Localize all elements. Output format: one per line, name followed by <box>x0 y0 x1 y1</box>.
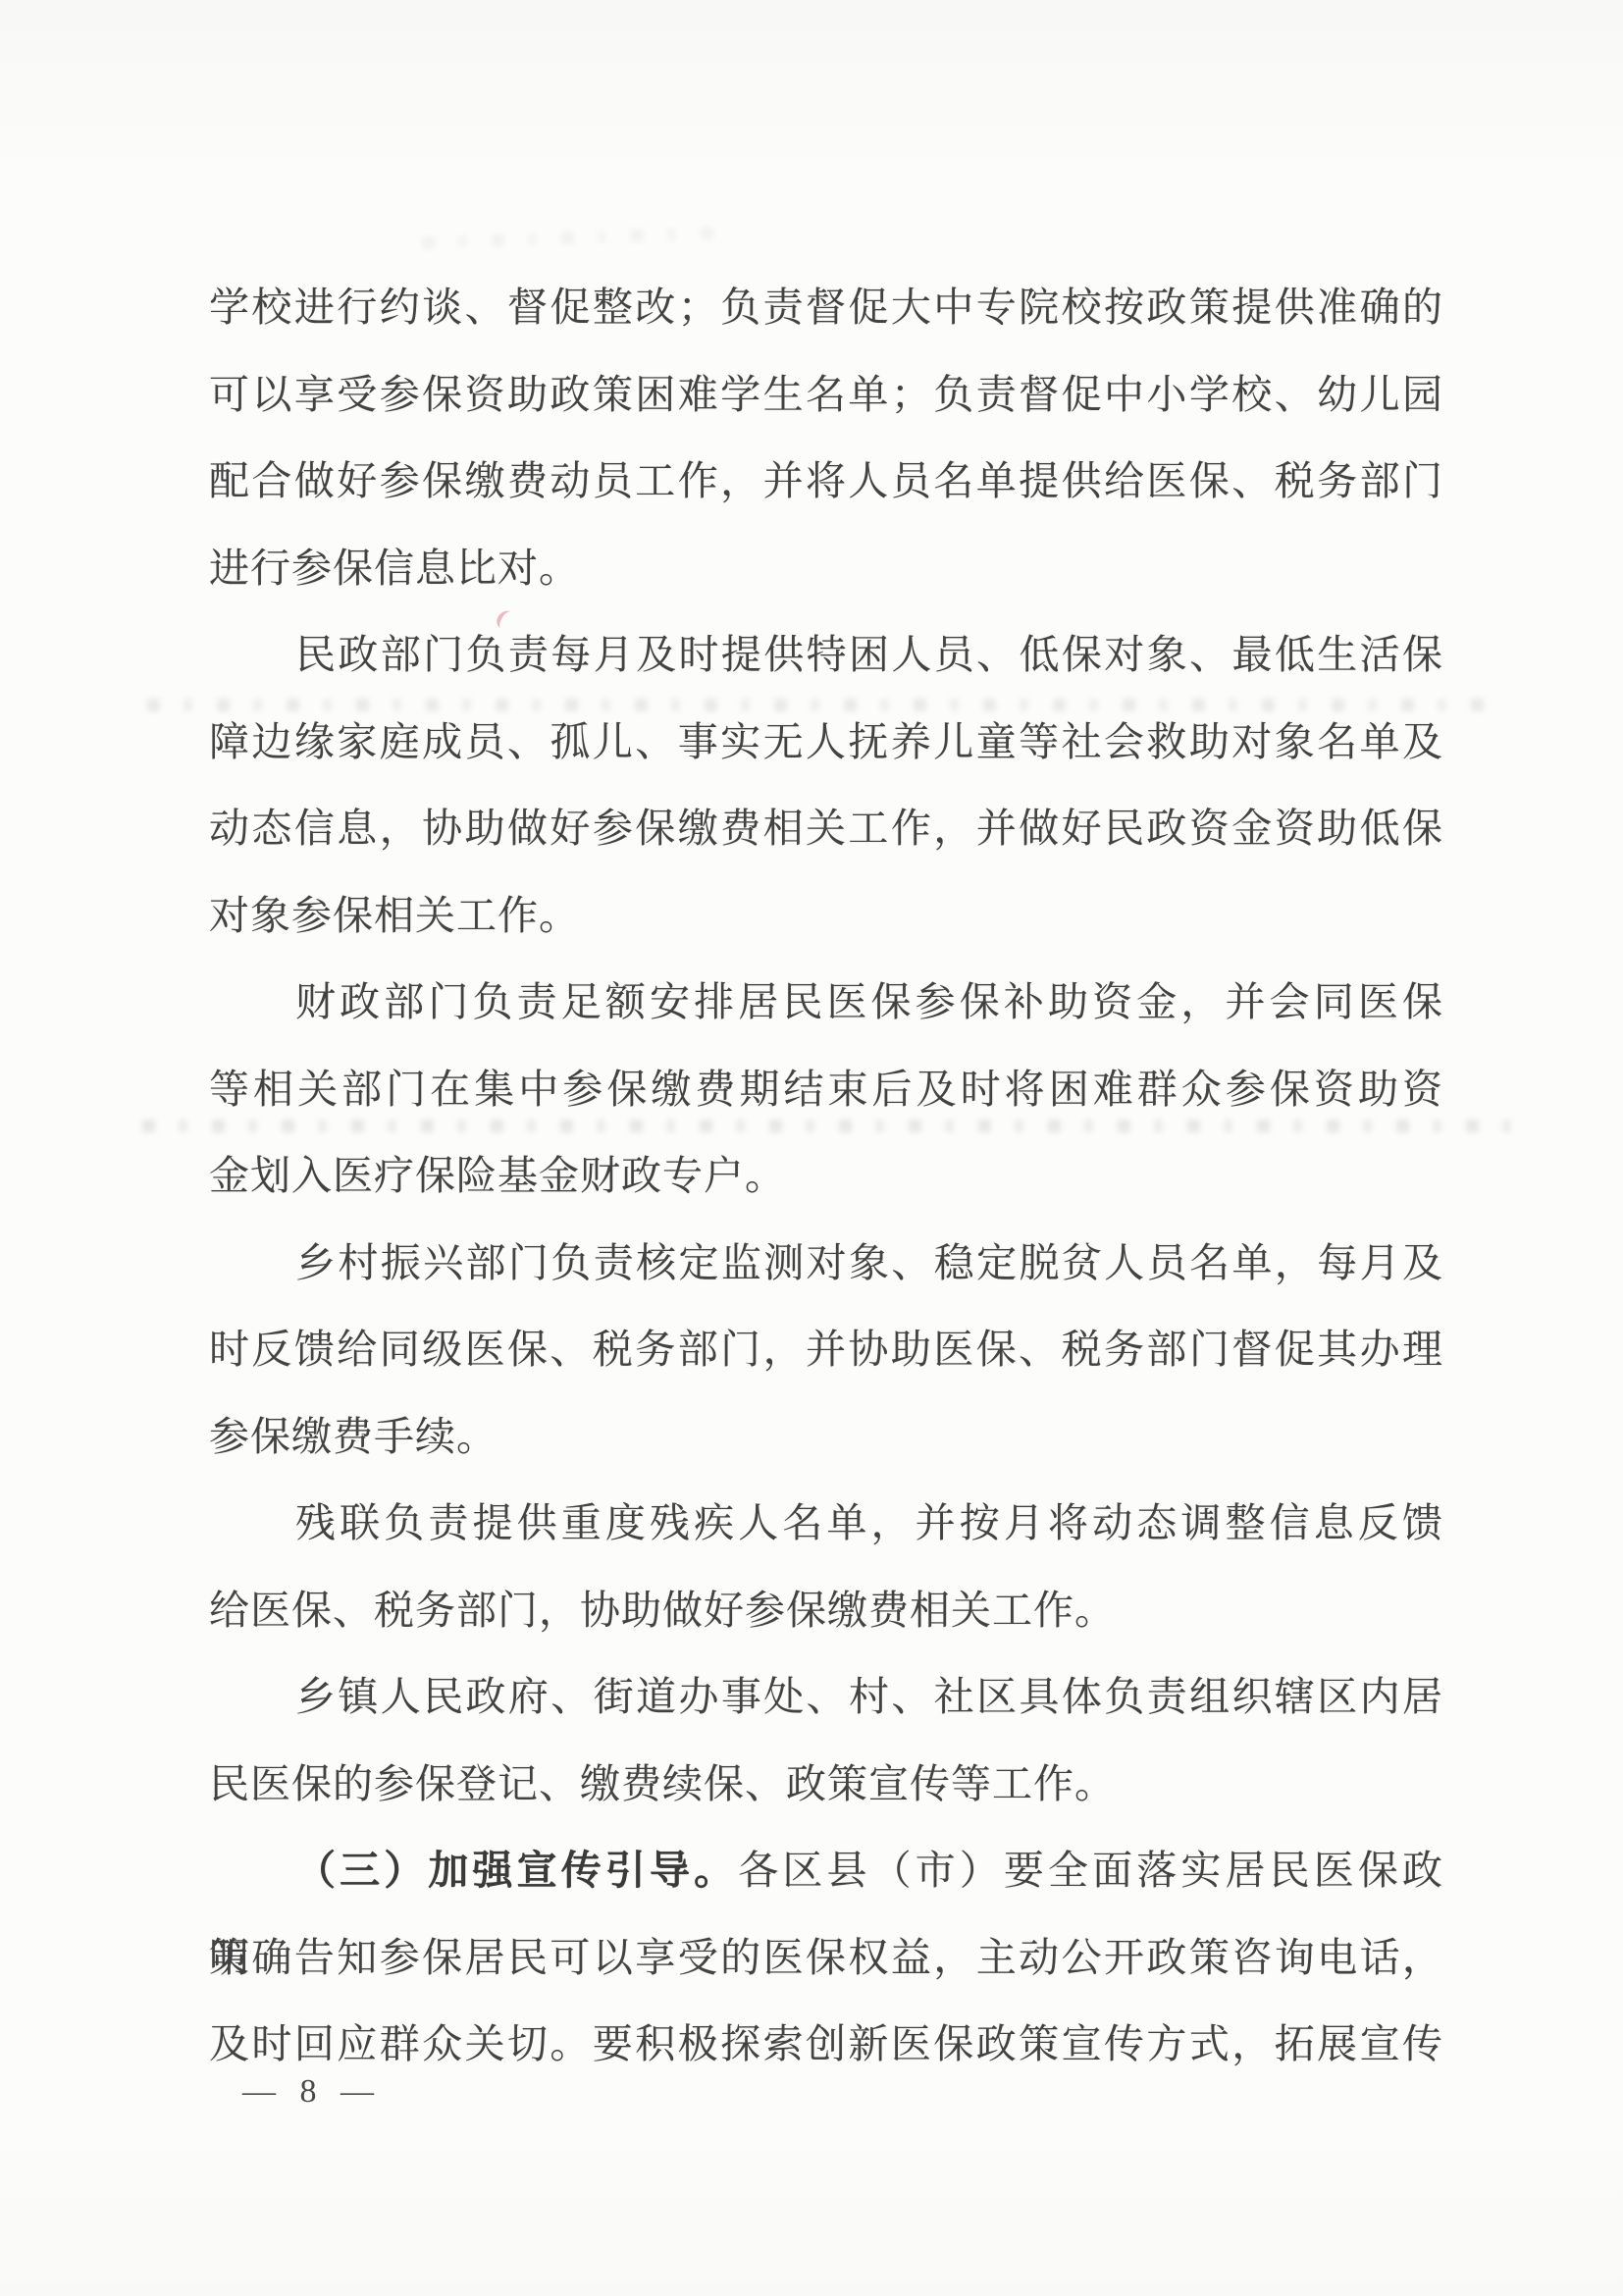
text-line: 给医保、税务部门，协助做好参保缴费相关工作。 <box>209 1567 1443 1654</box>
text-line: 进行参保信息比对。 <box>209 525 1443 612</box>
text-line: 明确告知参保居民可以享受的医保权益，主动公开政策咨询电话， <box>209 1914 1443 2002</box>
text-line: 参保缴费手续。 <box>209 1393 1443 1481</box>
text-line: 财政部门负责足额安排居民医保参保补助资金，并会同医保 <box>209 959 1443 1046</box>
text-line: 民政部门负责每月及时提供特困人员、低保对象、最低生活保 <box>209 611 1443 699</box>
document-page: 学校进行约谈、督促整改；负责督促大中专院校按政策提供准确的可以享受参保资助政策困… <box>0 0 1623 2296</box>
text-line: 乡村振兴部门负责核定监测对象、稳定脱贫人员名单，每月及 <box>209 1220 1443 1307</box>
text-line: 可以享受参保资助政策困难学生名单；负责督促中小学校、幼儿园 <box>209 351 1443 439</box>
text-line: 及时回应群众关切。要积极探索创新医保政策宣传方式，拓展宣传 <box>209 2001 1443 2088</box>
text-line: 乡镇人民政府、街道办事处、村、社区具体负责组织辖区内居 <box>209 1653 1443 1741</box>
text-line: 时反馈给同级医保、税务部门，并协助医保、税务部门督促其办理 <box>209 1306 1443 1393</box>
page-number: — 8 — <box>242 2068 382 2115</box>
text-line: 对象参保相关工作。 <box>209 872 1443 960</box>
text-line: 残联负责提供重度残疾人名单，并按月将动态调整信息反馈 <box>209 1480 1443 1567</box>
section-heading: （三）加强宣传引导。 <box>295 1848 738 1893</box>
document-body-text: 学校进行约谈、督促整改；负责督促大中专院校按政策提供准确的可以享受参保资助政策困… <box>209 264 1443 2088</box>
text-line: 学校进行约谈、督促整改；负责督促大中专院校按政策提供准确的 <box>209 264 1443 351</box>
text-line: 等相关部门在集中参保缴费期结束后及时将困难群众参保资助资 <box>209 1046 1443 1133</box>
text-line: 配合做好参保缴费动员工作，并将人员名单提供给医保、税务部门 <box>209 438 1443 525</box>
text-line: （三）加强宣传引导。各区县（市）要全面落实居民医保政策， <box>209 1827 1443 1914</box>
text-line: 金划入医疗保险基金财政专户。 <box>209 1132 1443 1220</box>
text-line: 民医保的参保登记、缴费续保、政策宣传等工作。 <box>209 1741 1443 1828</box>
bleed-through-artifact <box>422 227 716 249</box>
text-line: 障边缘家庭成员、孤儿、事实无人抚养儿童等社会救助对象名单及 <box>209 699 1443 786</box>
text-line: 动态信息，协助做好参保缴费相关工作，并做好民政资金资助低保 <box>209 785 1443 872</box>
